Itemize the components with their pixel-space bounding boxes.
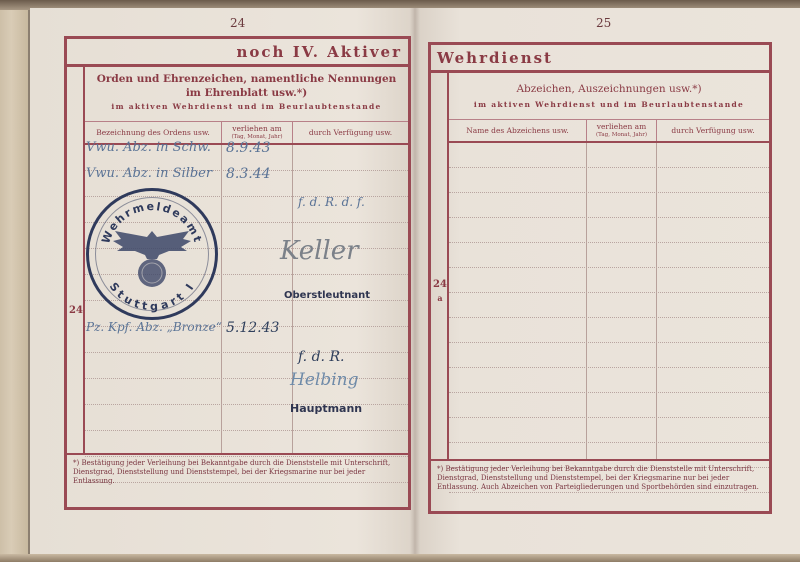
right-subheading: im aktiven Wehrdienst und im Beurlaubten… [449, 100, 769, 109]
col-header-badge-name: Name des Abzeichens usw. [449, 120, 586, 141]
right-heading: Abzeichen, Auszeichnungen usw.*) [449, 82, 769, 96]
col-header-authority: durch Verfügung usw. [656, 120, 769, 141]
left-footnote: *) Bestätigung jeder Verleihung bei Beka… [67, 453, 408, 507]
table-row [449, 268, 769, 293]
entry-award-3: Pz. Kpf. Abz. „Bronze“ [86, 320, 222, 334]
row-number-column: 24 a [431, 73, 449, 459]
row-number-column: 24 [67, 67, 85, 453]
table-row [449, 418, 769, 443]
entry-date-2: 8.3.44 [226, 166, 271, 182]
table-row [449, 193, 769, 218]
right-page-frame: Wehrdienst 24 a Abzeichen, Auszeichnunge… [428, 42, 772, 514]
official-stamp: Wehrmeldeamt Stuttgart I [86, 188, 218, 320]
table-row [449, 393, 769, 418]
entry-award-2: Vwu. Abz. in Silber [86, 166, 212, 181]
svg-text:Wehrmeldeamt: Wehrmeldeamt [99, 200, 204, 245]
row-number-label: 24 [431, 279, 449, 290]
eagle-icon [107, 221, 197, 291]
left-heading-line2: im Ehrenblatt usw.*) [85, 86, 408, 100]
stamp-top-text: Wehrmeldeamt [99, 200, 204, 245]
stamp-bottom-text: Stuttgart I [107, 280, 198, 313]
right-column-headers: Name des Abzeichens usw. verliehen am (T… [449, 119, 769, 143]
row-number-sublabel: a [431, 293, 449, 303]
right-footnote: *) Bestätigung jeder Verleihung bei Beka… [431, 459, 769, 511]
signature-2: Helbing [290, 370, 358, 390]
signature-prefix-2: f. d. R. [298, 349, 344, 365]
table-row [449, 293, 769, 318]
right-table: Abzeichen, Auszeichnungen usw.*) im akti… [449, 73, 769, 459]
table-row [85, 353, 408, 379]
left-subheading: im aktiven Wehrdienst und im Beurlaubten… [85, 102, 408, 111]
left-section-header: Orden und Ehrenzeichen, namentliche Nenn… [85, 67, 408, 111]
left-title-bar: noch IV. Aktiver [67, 39, 408, 67]
table-row [449, 318, 769, 343]
stamp-ring-text: Wehrmeldeamt Stuttgart I [86, 188, 218, 320]
book-gutter [410, 8, 420, 554]
left-page-title: noch IV. Aktiver [237, 43, 402, 61]
table-row [449, 143, 769, 168]
right-section-header: Abzeichen, Auszeichnungen usw.*) im akti… [449, 73, 769, 109]
entry-date-1: 8.9.43 [226, 140, 271, 156]
entry-award-1: Vwu. Abz. in Schw. [86, 140, 211, 155]
left-heading-line1: Orden und Ehrenzeichen, namentliche Nenn… [85, 72, 408, 86]
table-row [449, 243, 769, 268]
page-number-left: 24 [230, 16, 245, 30]
table-row [449, 218, 769, 243]
col-header-authority: durch Verfügung usw. [292, 122, 408, 143]
signature-prefix-1: f. d. R. d. f. [298, 195, 365, 209]
rank-stamp-1: Oberstleutnant [284, 290, 370, 301]
rank-stamp-2: Hauptmann [290, 402, 362, 415]
page-number-right: 25 [596, 16, 611, 30]
right-title-bar: Wehrdienst [431, 45, 769, 73]
svg-text:Stuttgart I: Stuttgart I [107, 280, 198, 313]
table-row [449, 168, 769, 193]
book-edge-left [0, 0, 28, 562]
book-edge-bottom [0, 554, 800, 562]
table-row [449, 343, 769, 368]
row-number-label: 24 [67, 305, 85, 316]
table-row [449, 368, 769, 393]
right-table-body [449, 143, 769, 459]
col-header-date: verliehen am (Tag, Monat, Jahr) [586, 120, 656, 141]
wehrpass-book: 24 noch IV. Aktiver 24 Orden und Ehrenze… [0, 0, 800, 562]
entry-date-3: 5.12.43 [226, 320, 279, 336]
right-page-title: Wehrdienst [437, 49, 553, 67]
signature-1: Keller [280, 236, 359, 266]
